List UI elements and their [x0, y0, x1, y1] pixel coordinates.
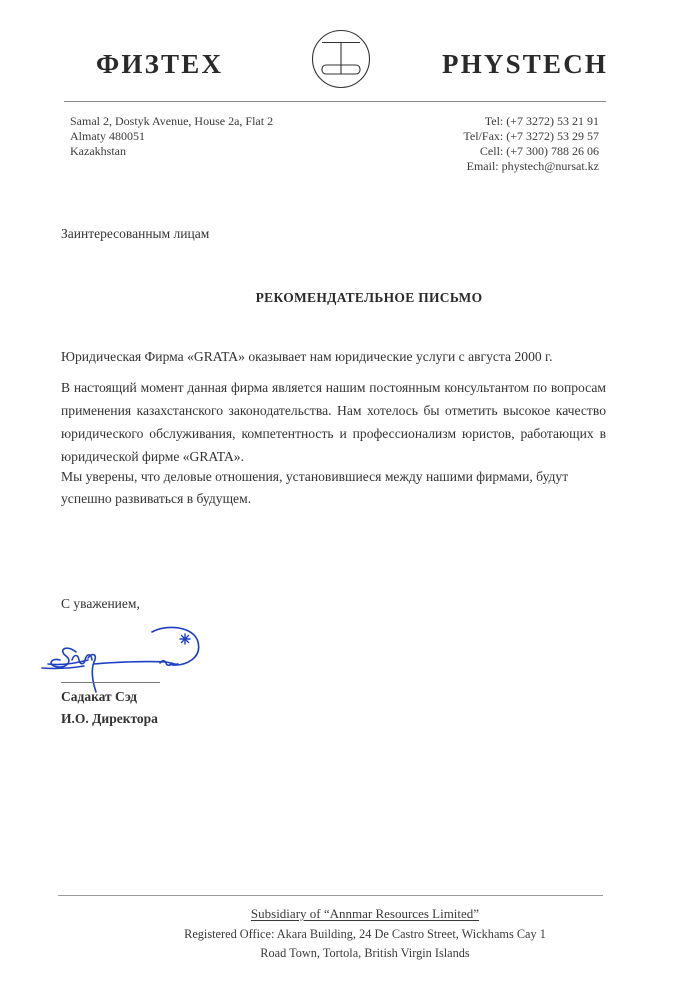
- recipient-line: Заинтересованным лицам: [61, 226, 209, 242]
- handwritten-signature-icon: [36, 622, 216, 694]
- body-paragraph: Юридическая Фирма «GRATA» оказывает нам …: [61, 345, 606, 368]
- company-contacts: Tel: (+7 3272) 53 21 91 Tel/Fax: (+7 327…: [463, 114, 599, 174]
- signer-name: Садакат Сэд: [61, 689, 137, 705]
- phystech-logo-icon: [311, 29, 371, 89]
- footer-town: Road Town, Tortola, British Virgin Islan…: [0, 946, 700, 961]
- address-line: Kazakhstan: [70, 144, 273, 159]
- address-line: Samal 2, Dostyk Avenue, House 2a, Flat 2: [70, 114, 273, 129]
- company-address: Samal 2, Dostyk Avenue, House 2a, Flat 2…: [70, 114, 273, 159]
- brand-name-russian: ФИЗТЕХ: [96, 49, 223, 80]
- header-divider: [64, 101, 606, 102]
- subsidiary-text: Subsidiary of “Annmar Resources Limited”: [251, 906, 479, 921]
- footer-registered-office: Registered Office: Akara Building, 24 De…: [0, 927, 700, 942]
- email-line: Email: phystech@nursat.kz: [463, 159, 599, 174]
- body-paragraph: В настоящий момент данная фирма является…: [61, 376, 606, 468]
- closing-salutation: С уважением,: [61, 596, 140, 612]
- brand-name-english: PHYSTECH: [442, 49, 608, 80]
- footer-subsidiary: Subsidiary of “Annmar Resources Limited”: [0, 906, 700, 922]
- phone-line: Tel: (+7 3272) 53 21 91: [463, 114, 599, 129]
- letter-title: РЕКОМЕНДАТЕЛЬНОЕ ПИСЬМО: [0, 290, 700, 306]
- cell-line: Cell: (+7 300) 788 26 06: [463, 144, 599, 159]
- address-line: Almaty 480051: [70, 129, 273, 144]
- fax-line: Tel/Fax: (+7 3272) 53 29 57: [463, 129, 599, 144]
- signer-title: И.О. Директора: [61, 711, 158, 727]
- signature-line: [61, 682, 160, 683]
- body-paragraph: Мы уверены, что деловые отношения, устан…: [61, 466, 621, 510]
- footer-divider: [58, 895, 603, 896]
